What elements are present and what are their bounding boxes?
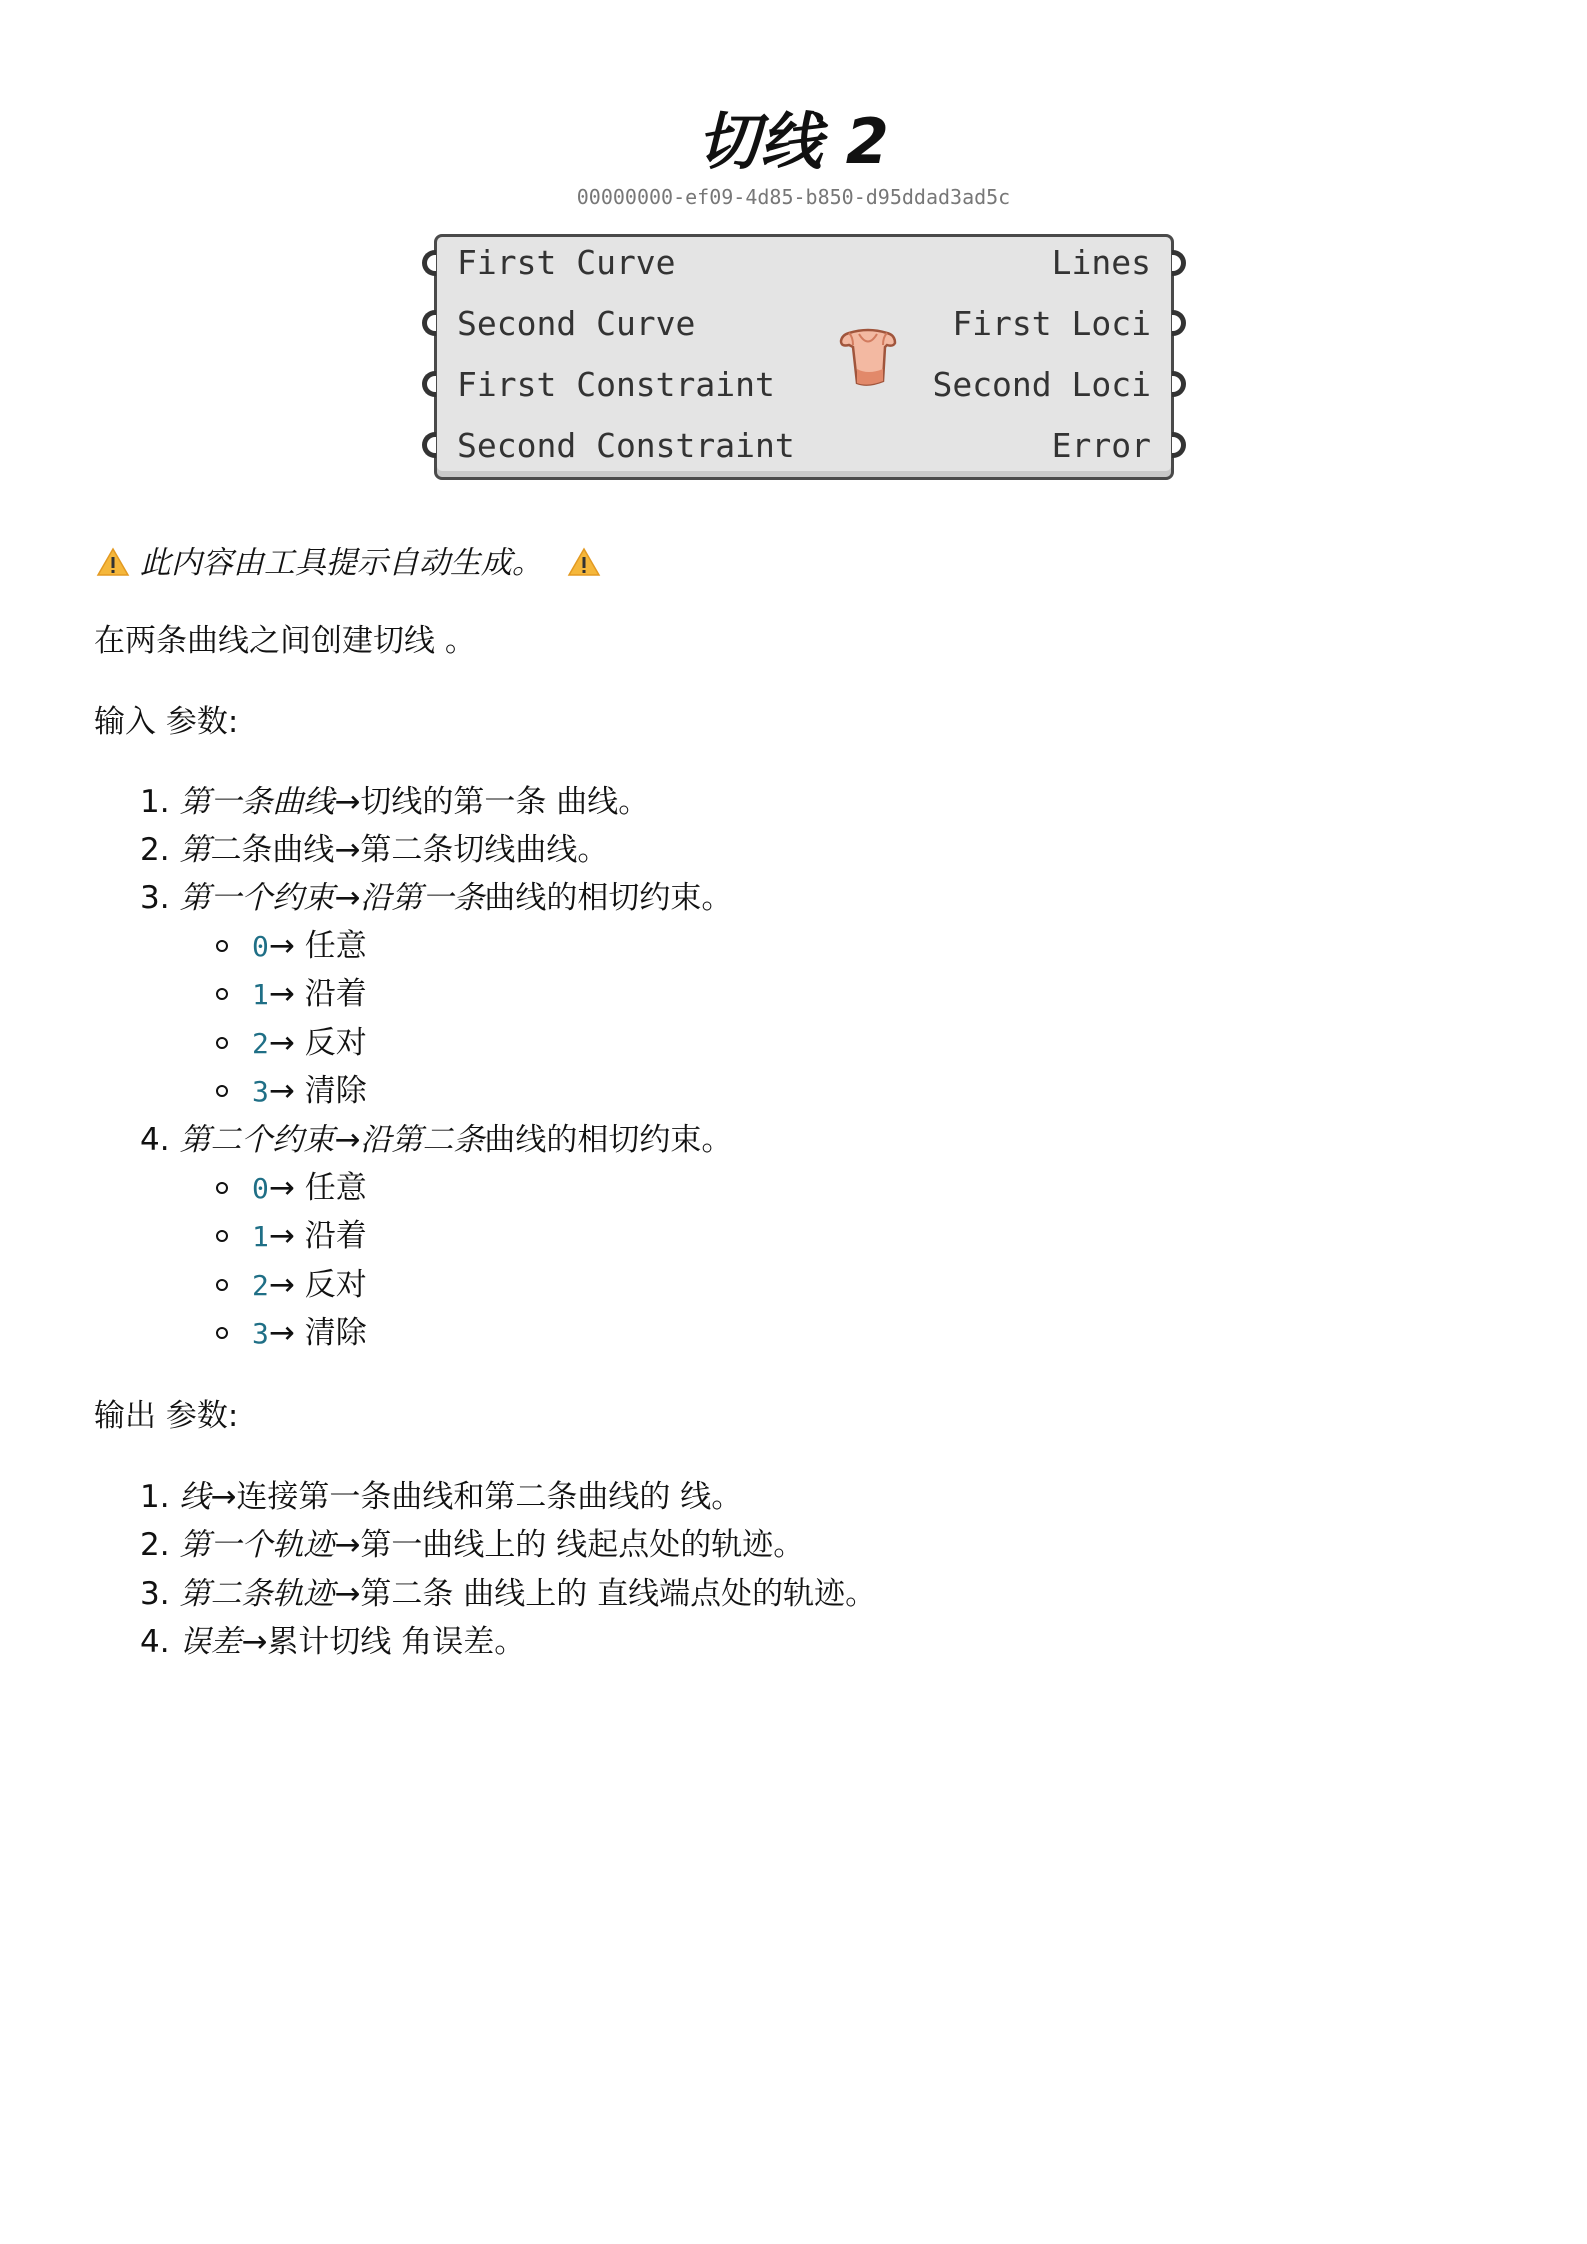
auto-generated-notice: 此内容由工具提示自动生成。 [96,543,601,583]
input-grip-second-curve[interactable] [422,310,436,336]
input-item: 2. 第二条曲线→第二条切线曲线。 [140,830,608,870]
component-block: First Curve Second Curve First Constrain… [434,234,1174,480]
warning-icon [96,547,130,577]
input-param-label: Second Constraint [457,426,795,466]
warning-icon [567,547,601,577]
input-param-label: First Constraint [457,365,775,405]
output-param-label: Lines [1052,243,1151,283]
option-item: 1→ 沿着 [252,974,367,1015]
output-grip-error[interactable] [1172,432,1186,458]
component-guid: 00000000-ef09-4d85-b850-d95ddad3ad5c [0,185,1587,209]
input-grip-second-constraint[interactable] [422,432,436,458]
bullet [216,1182,228,1194]
option-item: 3→ 清除 [252,1313,367,1354]
input-item: 1. 第一条曲线→切线的第一条 曲线。 [140,782,649,822]
description: 在两条曲线之间创建切线 。 [94,621,476,661]
option-item: 2→ 反对 [252,1023,367,1064]
option-item: 1→ 沿着 [252,1216,367,1257]
output-item: 2. 第一个轨迹→第一曲线上的 线起点处的轨迹。 [140,1525,804,1565]
bullet [216,940,228,952]
output-param-label: First Loci [952,304,1151,344]
output-item: 3. 第二条轨迹→第二条 曲线上的 直线端点处的轨迹。 [140,1574,876,1614]
output-grip-lines[interactable] [1172,250,1186,276]
output-grip-first-loci[interactable] [1172,310,1186,336]
option-item: 0→ 任意 [252,926,367,967]
outputs-heading: 输出 参数: [94,1396,238,1436]
bullet [216,1085,228,1097]
page-title: 切线 2 [0,104,1587,180]
notice-text: 此内容由工具提示自动生成。 [140,545,543,581]
input-item: 4. 第二个约束→沿第二条曲线的相切约束。 [140,1120,732,1160]
input-param-label: Second Curve [457,304,695,344]
bullet [216,1279,228,1291]
bullet [216,1037,228,1049]
option-item: 2→ 反对 [252,1265,367,1306]
input-item: 3. 第一个约束→沿第一条曲线的相切约束。 [140,878,732,918]
option-item: 3→ 清除 [252,1071,367,1112]
bullet [216,1327,228,1339]
output-item: 1. 线→连接第一条曲线和第二条曲线的 线。 [140,1477,742,1517]
inputs-heading: 输入 参数: [94,702,238,742]
output-item: 4. 误差→累计切线 角误差。 [140,1622,525,1662]
output-param-label: Second Loci [932,365,1151,405]
input-grip-first-curve[interactable] [422,250,436,276]
bullet [216,988,228,1000]
output-grip-second-loci[interactable] [1172,371,1186,397]
input-param-label: First Curve [457,243,676,283]
option-item: 0→ 任意 [252,1168,367,1209]
output-param-label: Error [1052,426,1151,466]
shirt-icon [835,325,901,391]
input-grip-first-constraint[interactable] [422,371,436,397]
bullet [216,1230,228,1242]
